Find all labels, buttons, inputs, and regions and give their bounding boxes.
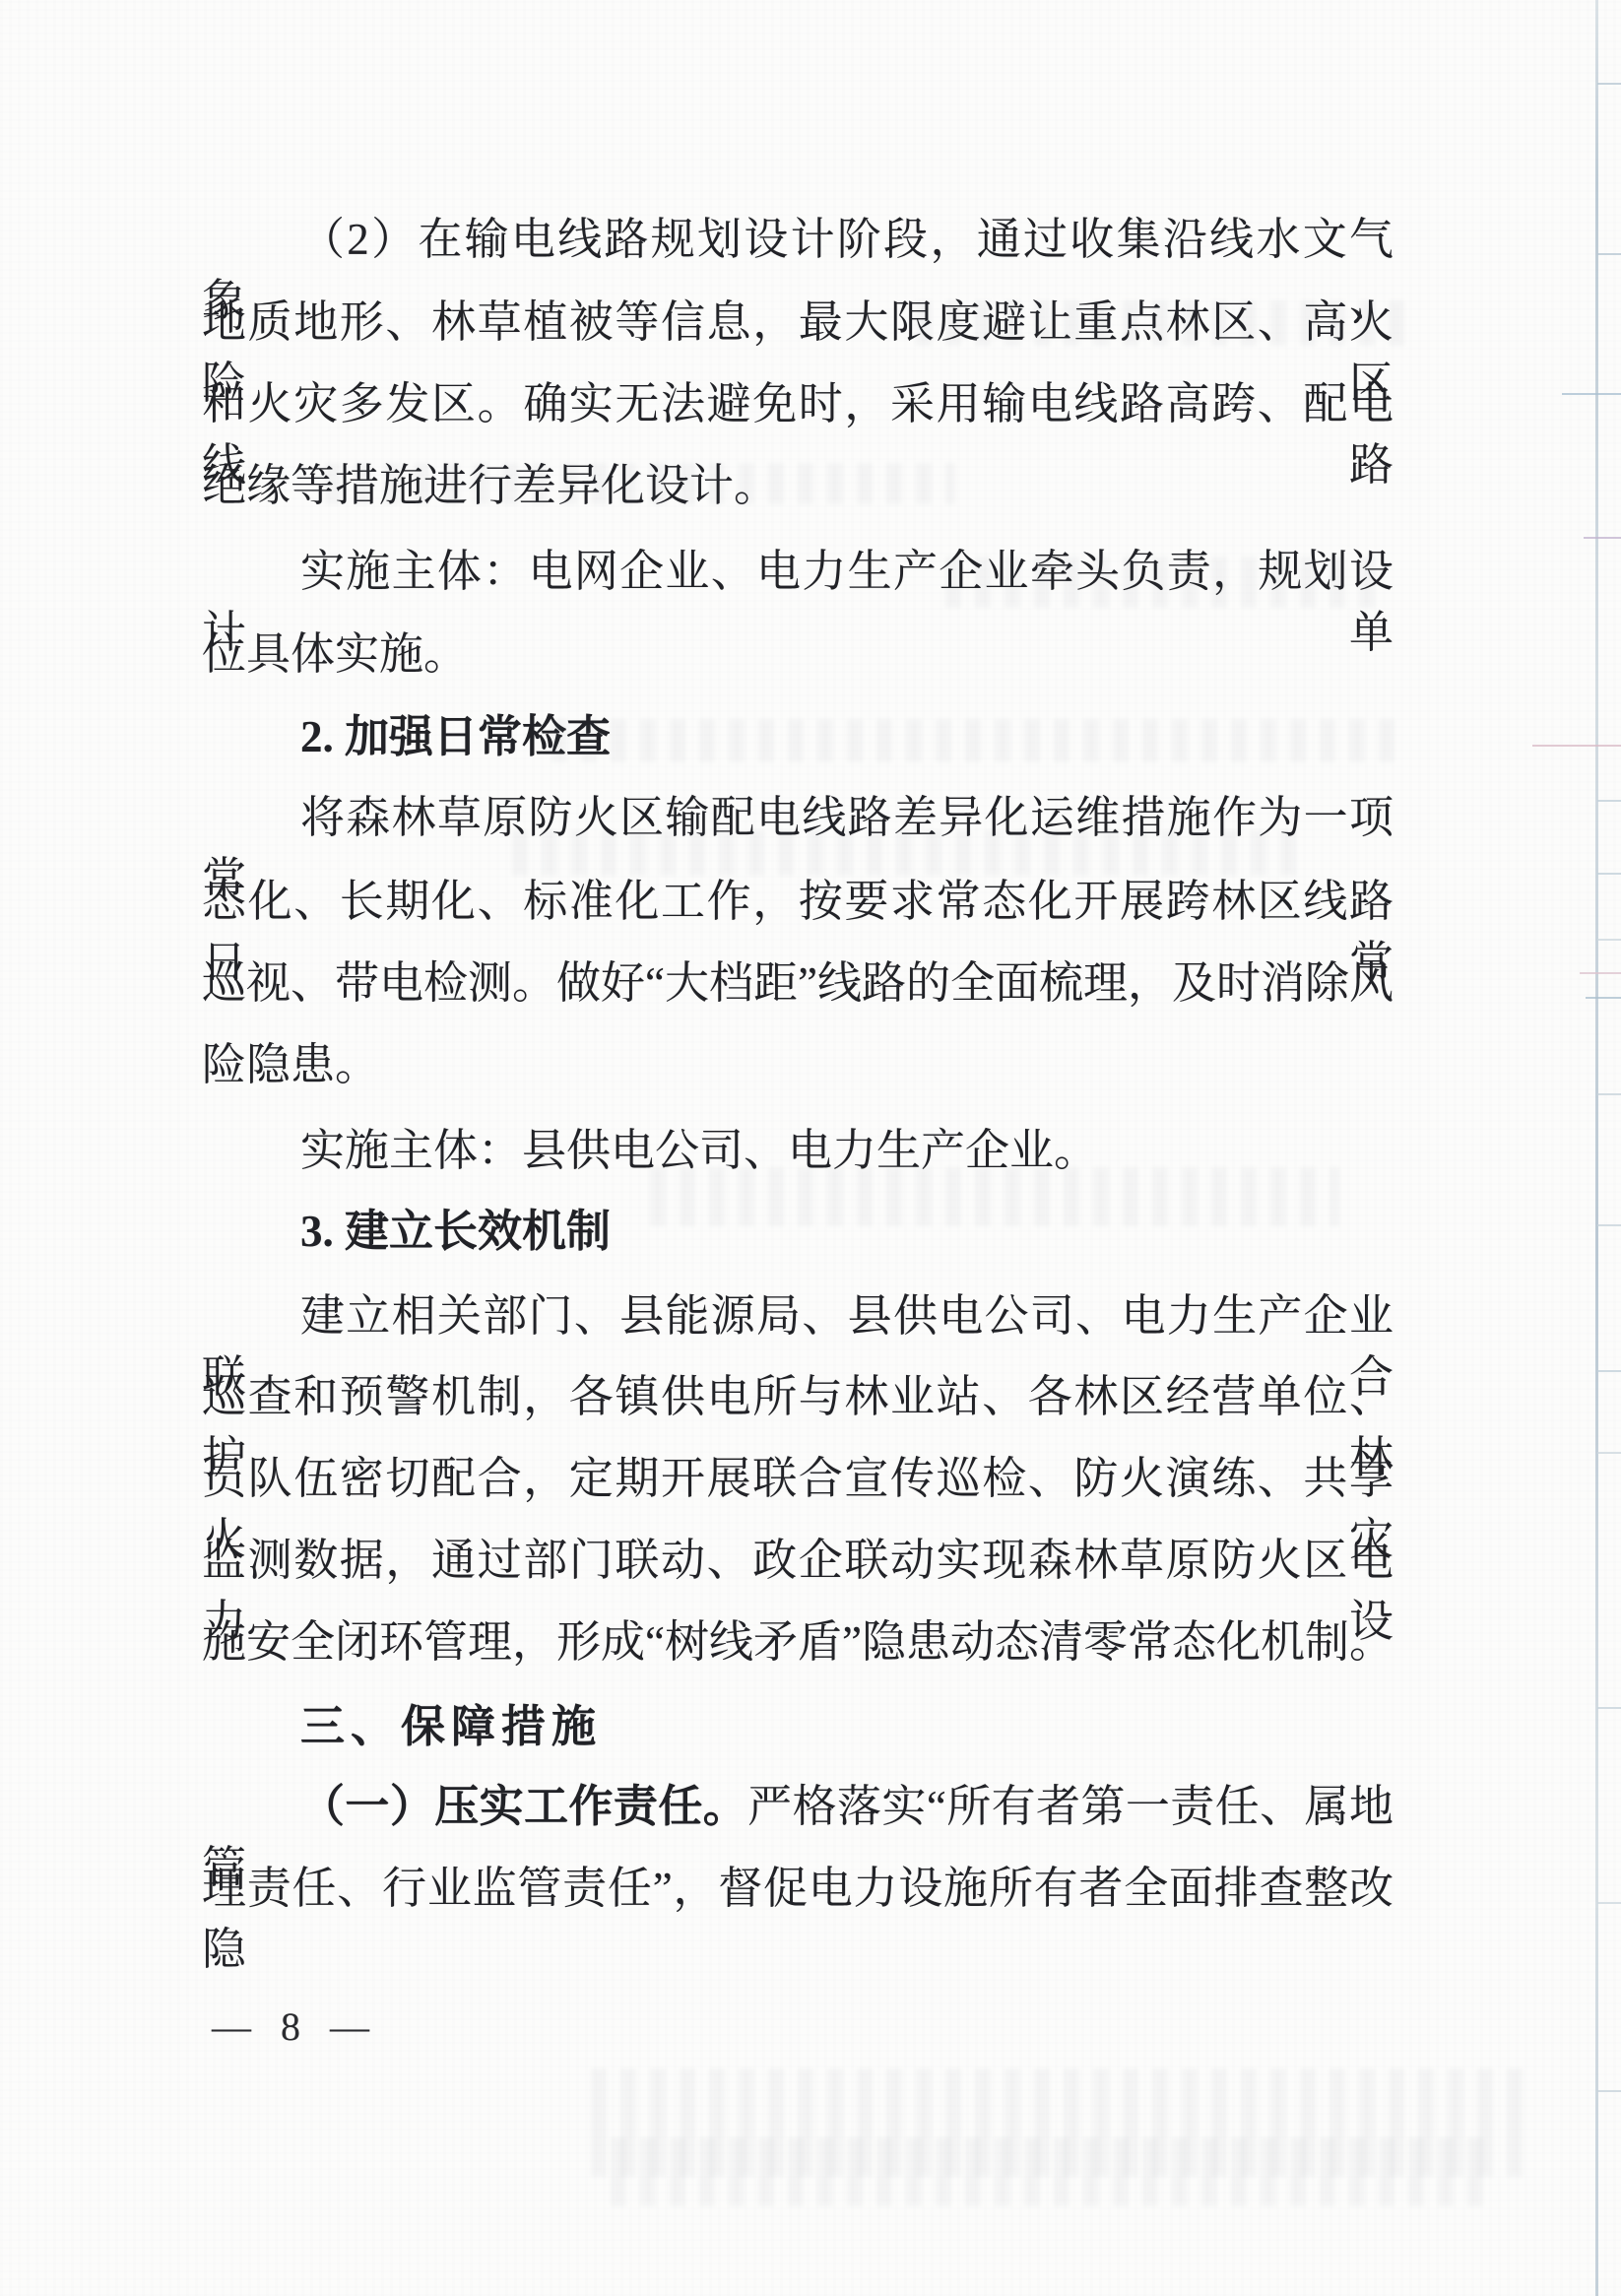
scan-edge-tick: [1597, 1093, 1621, 1095]
subheading-responsibility-bold: （一）压实工作责任。: [300, 1782, 747, 1831]
scan-edge-tick: [1597, 1707, 1621, 1709]
scanned-document-page: （2）在输电线路规划设计阶段，通过收集沿线水文气象、 地质地形、林草植被等信息，…: [0, 0, 1621, 2296]
ink-bleed-ghost: [591, 2068, 1526, 2177]
ink-bleed-ghost: [611, 2137, 1497, 2206]
scan-edge-tick: [1562, 393, 1621, 395]
para-first-line: 实施主体：县供电公司、电力生产企业。: [202, 1120, 1394, 1181]
para-line: 绝缘等措施进行差异化设计。: [202, 455, 1394, 516]
scan-edge-tick: [1597, 939, 1621, 941]
scan-edge-tick: [1597, 2090, 1621, 2092]
scan-edge-tick: [1597, 1370, 1621, 1372]
scan-edge-tick: [1597, 83, 1621, 85]
scan-edge-tick: [1586, 997, 1621, 999]
page-number: — 8 —: [212, 2005, 379, 2049]
scan-edge-tick: [1597, 800, 1621, 802]
para-first-line: 将森林草原防火区输配电线路差异化运维措施作为一项常: [202, 787, 1394, 848]
para-line: 和火灾多发区。确实无法避免时，采用输电线路高跨、配电线路: [202, 373, 1394, 434]
scan-edge-tick: [1580, 972, 1621, 974]
scan-edge-tick: [1597, 873, 1621, 875]
para-first-line: （2）在输电线路规划设计阶段，通过收集沿线水文气象、: [202, 209, 1394, 270]
para-line: 施安全闭环管理，形成“树线矛盾”隐患动态清零常态化机制。: [202, 1611, 1394, 1673]
para-line: 地质地形、林草植被等信息，最大限度避让重点林区、高火险区: [202, 292, 1394, 353]
para-line: 态化、长期化、标准化工作，按要求常态化开展跨林区线路日常: [202, 871, 1394, 932]
scan-edge-tick: [1597, 1452, 1621, 1454]
para-line: 巡视、带电检测。做好“大档距”线路的全面梳理，及时消除风: [202, 952, 1394, 1014]
para-first-line: 建立相关部门、县能源局、县供电公司、电力生产企业联合: [202, 1285, 1394, 1346]
para-line: 巡查和预警机制，各镇供电所与林业站、各林区经营单位、护林: [202, 1366, 1394, 1427]
heading-long-term-mechanism: 3. 建立长效机制: [202, 1201, 1394, 1262]
para-line: 员队伍密切配合，定期开展联合宣传巡检、防火演练、共享火灾: [202, 1448, 1394, 1509]
para-line: 险隐患。: [202, 1034, 1394, 1095]
scan-edge-tick: [1532, 745, 1621, 747]
scan-edge-tick: [1597, 253, 1621, 255]
scan-edge-vertical-line: [1595, 0, 1598, 2296]
para-line: 位具体实施。: [202, 623, 1394, 685]
scan-edge-tick: [1584, 537, 1621, 539]
heading-daily-inspection: 2. 加强日常检查: [202, 706, 1394, 767]
para-line: 监测数据，通过部门联动、政企联动实现森林草原防火区电力设: [202, 1530, 1394, 1591]
para-first-line: （一）压实工作责任。严格落实“所有者第一责任、属地管: [202, 1776, 1394, 1837]
scan-edge-tick: [1597, 1224, 1621, 1226]
scan-edge-tick: [1597, 1902, 1621, 1904]
para-line: 理责任、行业监管责任”，督促电力设施所有者全面排查整改隐: [202, 1858, 1394, 1919]
para-first-line: 实施主体：电网企业、电力生产企业牵头负责，规划设计单: [202, 541, 1394, 602]
heading-safeguard-measures: 三、保障措施: [202, 1696, 1394, 1757]
